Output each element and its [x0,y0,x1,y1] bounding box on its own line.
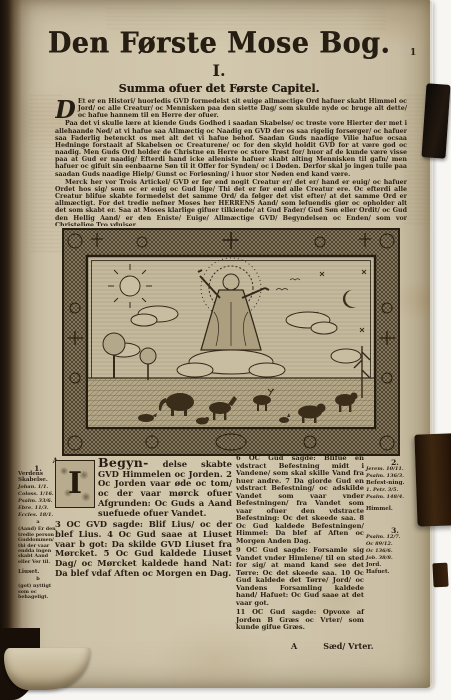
book-page: 1 Den Første Mose Bog. I. Summa ofuer de… [6,0,432,688]
margin-note: 3. [366,528,424,534]
margin-note: Coloss. 1/16. [18,492,58,498]
margin-note: Hafuet. [366,570,424,576]
decorated-initial: I [55,460,95,508]
page-footer: A Sæd/ Vrter. [291,641,421,651]
bible-column-right: 6 OC Gud sagde: Blifue en vdstract Befes… [236,455,364,634]
creation-woodcut-svg [62,228,400,456]
margin-note: Liuset. [18,570,58,576]
summary-paragraph: Paa det vi skulle lære at kiende Guds Go… [55,120,407,177]
verse-paragraph: 3 OC GVD sagde: Blif Lius/ oc der blef L… [55,520,232,578]
book-clasp-strap [414,433,451,526]
margin-note: Psalm. 12/7. [366,535,424,541]
margin-note: Psalm. 148/4. [366,495,424,501]
summary-paragraph: Merck her vor Trois Artickel/ GVD er før… [55,179,407,226]
chapter-summary: DEt er en Histori/ huorledis GVD formede… [55,98,407,226]
page-title: Den Første Mose Bog. [6,27,432,60]
book-photo: 1 Den Første Mose Bog. I. Summa ofuer de… [0,0,451,700]
verse-paragraph: 6 OC Gud sagde: Blifue en vdstract Befes… [236,455,364,545]
section-marker: A [18,458,58,464]
chapter-numeral: I. [6,61,432,80]
margin-note: (got) nyttigt som oc behageligt. [18,584,58,600]
bible-column-left: I Begyn- delse skabte GVD Himmelen oc Jo… [55,458,232,580]
summary-heading: Summa ofuer det Første Capitel. [6,82,432,95]
margin-note: Himmel. [366,507,424,513]
margin-note: (Aand) Er den tredie person i Guddommen/… [18,527,58,565]
margin-note: Psalm. 33/6. [18,499,58,505]
summary-paragraph: DEt er en Histori/ huorledis GVD formede… [55,98,407,119]
margin-note: Jord. [366,563,424,569]
margin-note: Oc 89/12. [366,542,424,548]
margin-note: Verdens Skabelse. [18,472,58,483]
verse-paragraph: I Begyn- delse skabte GVD Himmelen oc Jo… [55,458,232,518]
margin-note: Johan. 1/1. [18,485,58,491]
catchword: Sæd/ Vrter. [323,641,373,651]
creation-woodcut-illustration [62,228,400,456]
binding-gutter-shadow [0,0,22,700]
left-margin-notes: A 1. Verdens Skabelse. Johan. 1/1. Colos… [18,458,58,602]
verse-paragraph: 9 OC Gud sagde: Forsamle sig Vandet vnde… [236,547,364,607]
dropcap-initial: D [55,99,78,120]
margin-note: Ebre. 11/3. [18,506,58,512]
book-clasp-top [421,83,450,158]
signature-mark: A [291,641,297,651]
margin-note: Oc 136/6. [366,549,424,555]
verse-paragraph: 11 OC Gud sagde: Opvoxe af Jorden B Græs… [236,609,364,632]
book-clasp-nub [432,563,448,588]
margin-note: Eccles. 18/1. [18,513,58,519]
margin-note: Job. 38/8. [366,556,424,562]
